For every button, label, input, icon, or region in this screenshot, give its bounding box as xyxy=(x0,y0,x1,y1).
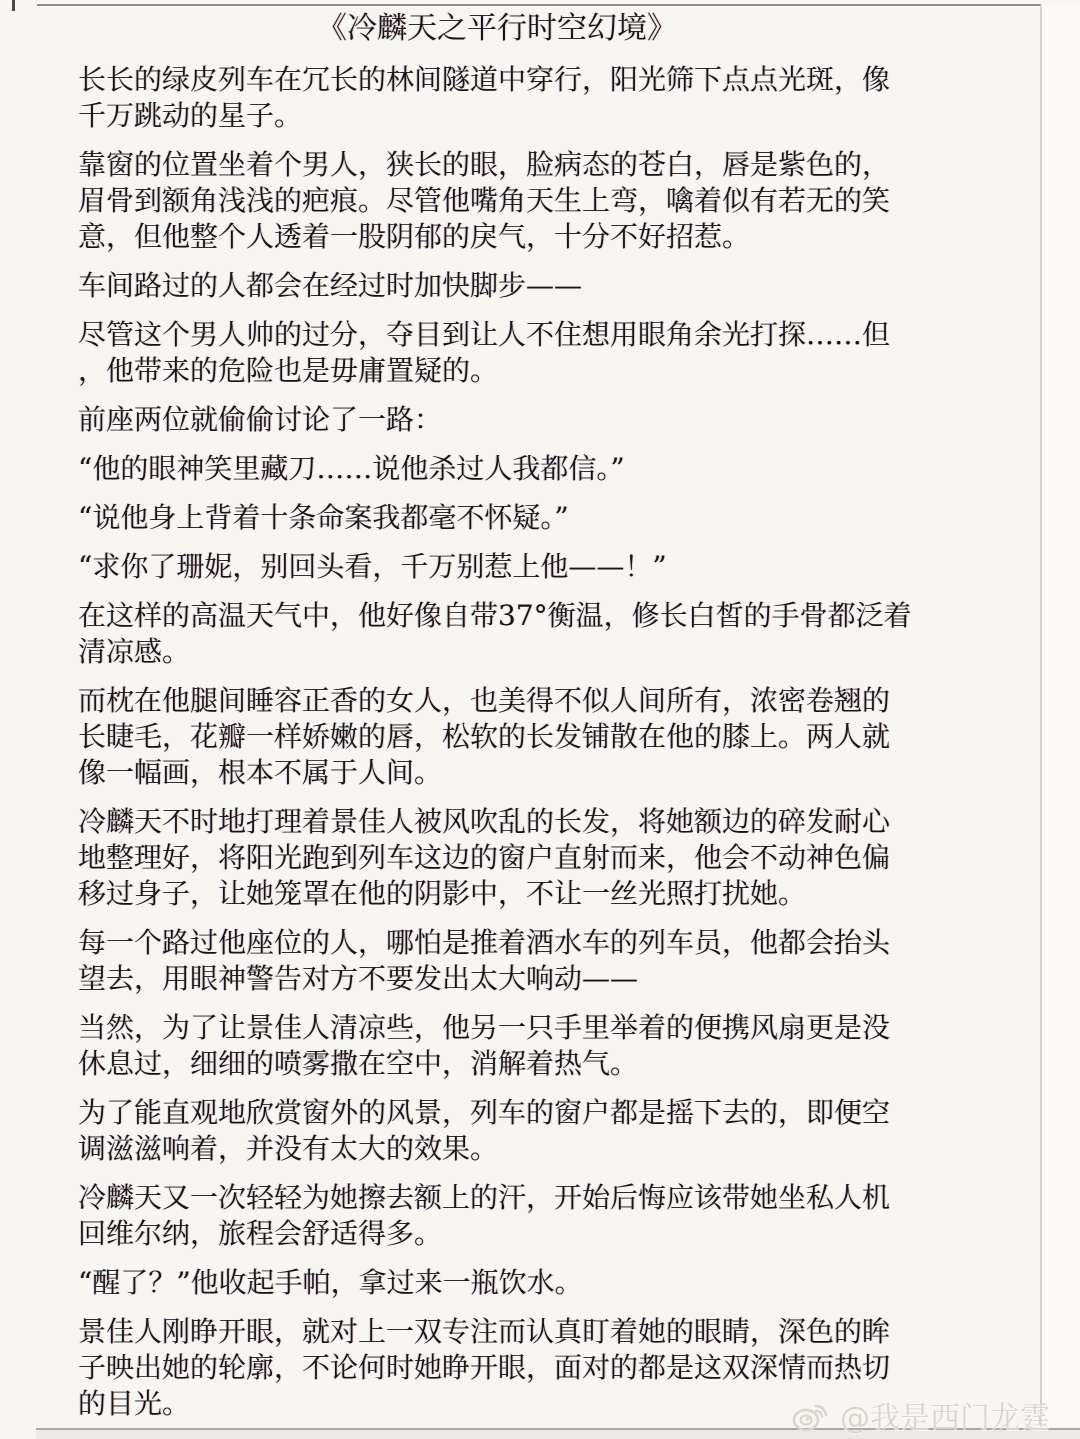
paragraph: 当然，为了让景佳人清凉些，他另一只手里举着的便携风扇更是没休息过，细细的喷雾撒在… xyxy=(78,1010,916,1082)
paragraph: 每一个路过他座位的人，哪怕是推着酒水车的列车员，他都会抬头望去，用眼神警告对方不… xyxy=(78,925,916,997)
paragraph: 尽管这个男人帅的过分，夺目到让人不住想用眼角余光打探……但，他带来的危险也是毋庸… xyxy=(78,317,916,389)
page-title: 《冷麟天之平行时空幻境》 xyxy=(78,10,916,48)
page-corner-mark xyxy=(12,0,15,11)
weibo-icon xyxy=(790,1396,832,1434)
paragraph: 而枕在他腿间睡容正香的女人，也美得不似人间所有，浓密卷翘的长睫毛，花瓣一样娇嫩的… xyxy=(78,683,916,791)
paragraph: “说他身上背着十条命案我都毫不怀疑。” xyxy=(78,500,916,536)
paragraph: “他的眼神笑里藏刀……说他杀过人我都信。” xyxy=(78,451,916,487)
paragraph: “求你了珊妮，别回头看，千万别惹上他——！” xyxy=(78,549,916,585)
paragraph: 车间路过的人都会在经过时加快脚步—— xyxy=(78,268,916,304)
page-border-top xyxy=(37,4,1041,6)
paragraph: 在这样的高温天气中，他好像自带37°衡温，修长白皙的手骨都泛着清凉感。 xyxy=(78,598,916,670)
paragraph: 靠窗的位置坐着个男人，狭长的眼，脸病态的苍白，唇是紫色的，眉骨到额角浅浅的疤痕。… xyxy=(78,147,916,255)
watermark: @我是西门龙霆 xyxy=(790,1393,1050,1437)
paragraph: 前座两位就偷偷讨论了一路： xyxy=(78,402,916,438)
paragraph: 为了能直观地欣赏窗外的风景，列车的窗户都是摇下去的，即便空调滋滋响着，并没有太大… xyxy=(78,1095,916,1167)
page-border-right xyxy=(1040,5,1042,1427)
paragraph: 长长的绿皮列车在冗长的林间隧道中穿行，阳光筛下点点光斑，像千万跳动的星子。 xyxy=(78,62,916,134)
page-right-gutter xyxy=(1042,5,1080,1427)
watermark-text: @我是西门龙霆 xyxy=(840,1393,1050,1437)
paragraph: 冷麟天不时地打理着景佳人被风吹乱的长发，将她额边的碎发耐心地整理好，将阳光跑到列… xyxy=(78,804,916,912)
paragraph: 冷麟天又一次轻轻为她擦去额上的汗，开始后悔应该带她坐私人机回维尔纳，旅程会舒适得… xyxy=(78,1180,916,1252)
story-content: 《冷麟天之平行时空幻境》 长长的绿皮列车在冗长的林间隧道中穿行，阳光筛下点点光斑… xyxy=(78,10,916,1435)
story-text: 长长的绿皮列车在冗长的林间隧道中穿行，阳光筛下点点光斑，像千万跳动的星子。靠窗的… xyxy=(78,62,916,1422)
paragraph: “醒了？”他收起手帕，拿过来一瓶饮水。 xyxy=(78,1265,916,1301)
